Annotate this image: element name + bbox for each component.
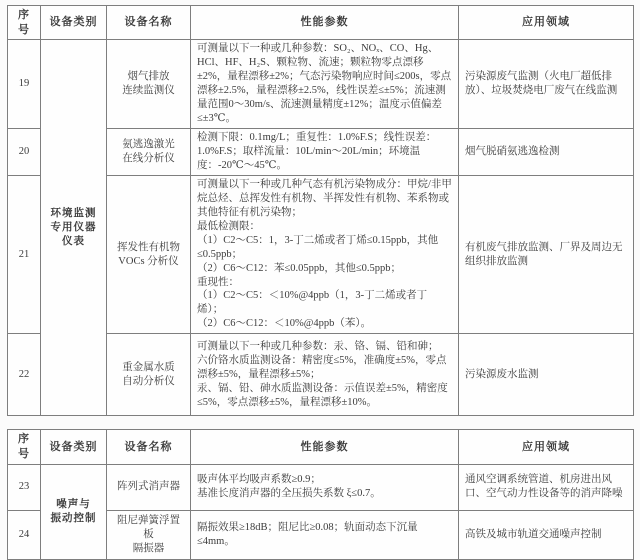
serial-number-cell: 23: [8, 464, 41, 510]
header-serial-number: 序号: [8, 430, 41, 464]
device-name-cell: 阵列式消声器: [107, 464, 191, 510]
application-cell: 高铁及城市轨道交通噪声控制: [459, 510, 634, 559]
table-header-row: 序号 设备类别 设备名称 性能参数 应用领域: [8, 430, 634, 464]
table-row: 19 环境监测 专用仪器仪表 烟气排放 连续监测仪 可测量以下一种或几种参数：S…: [8, 40, 634, 129]
serial-number-cell: 21: [8, 175, 41, 333]
category-cell: 噪声与 振动控制: [41, 464, 107, 559]
performance-cell: 可测量以下一种或几种参数：SO₂、NOₓ、CO、Hg、HCl、HF、H₂S、颗粒…: [191, 40, 459, 129]
application-cell: 有机废气排放监测、厂界及周边无组织排放监测: [459, 175, 634, 333]
header-device-name: 设备名称: [107, 6, 191, 40]
header-device-category: 设备类别: [41, 430, 107, 464]
application-cell: 烟气脱硝氨逃逸检测: [459, 128, 634, 175]
table-row: 23 噪声与 振动控制 阵列式消声器 吸声体平均吸声系数≥0.9； 基准长度消声…: [8, 464, 634, 510]
header-serial-number: 序号: [8, 6, 41, 40]
device-name-cell: 挥发性有机物 VOCs 分析仪: [107, 175, 191, 333]
equipment-table-noise-vibration: 序号 设备类别 设备名称 性能参数 应用领域 23 噪声与 振动控制 阵列式消声…: [7, 429, 634, 559]
device-name-cell: 阻尼弹簧浮置板 隔振器: [107, 510, 191, 559]
serial-number-cell: 24: [8, 510, 41, 559]
category-cell: 环境监测 专用仪器仪表: [41, 40, 107, 416]
header-device-name: 设备名称: [107, 430, 191, 464]
header-performance-params: 性能参数: [191, 6, 459, 40]
application-cell: 污染源废水监测: [459, 334, 634, 416]
application-cell: 通风空调系统管道、机房进出风口、空气动力性设备等的消声降噪: [459, 464, 634, 510]
application-cell: 污染源废气监测（火电厂超低排放）、垃圾焚烧电厂废气在线监测: [459, 40, 634, 129]
device-name-cell: 烟气排放 连续监测仪: [107, 40, 191, 129]
header-device-category: 设备类别: [41, 6, 107, 40]
serial-number-cell: 22: [8, 334, 41, 416]
performance-cell: 检测下限：0.1mg/L；重复性：1.0%F.S；线性误差：1.0%F.S；取样…: [191, 128, 459, 175]
header-application-field: 应用领域: [459, 430, 634, 464]
header-application-field: 应用领域: [459, 6, 634, 40]
table-header-row: 序号 设备类别 设备名称 性能参数 应用领域: [8, 6, 634, 40]
device-name-cell: 重金属水质 自动分析仪: [107, 334, 191, 416]
document-page: 序号 设备类别 设备名称 性能参数 应用领域 19 环境监测 专用仪器仪表 烟气…: [0, 0, 640, 511]
serial-number-cell: 20: [8, 128, 41, 175]
header-performance-params: 性能参数: [191, 430, 459, 464]
equipment-table-environment: 序号 设备类别 设备名称 性能参数 应用领域 19 环境监测 专用仪器仪表 烟气…: [7, 5, 634, 416]
performance-cell: 隔振效果≥18dB；阻尼比≥0.08；轨面动态下沉量≤4mm。: [191, 510, 459, 559]
device-name-cell: 氨逃逸激光 在线分析仪: [107, 128, 191, 175]
performance-cell: 可测量以下一种或几种参数：汞、铬、镉、铅和砷； 六价铬水质监测设备：精密度≤5%…: [191, 334, 459, 416]
performance-cell: 吸声体平均吸声系数≥0.9； 基准长度消声器的全压损失系数 ξ≤0.7。: [191, 464, 459, 510]
performance-cell: 可测量以下一种或几种气态有机污染物成分：甲烷/非甲烷总烃、总挥发性有机物、半挥发…: [191, 175, 459, 333]
serial-number-cell: 19: [8, 40, 41, 129]
table-separator: [7, 416, 633, 429]
